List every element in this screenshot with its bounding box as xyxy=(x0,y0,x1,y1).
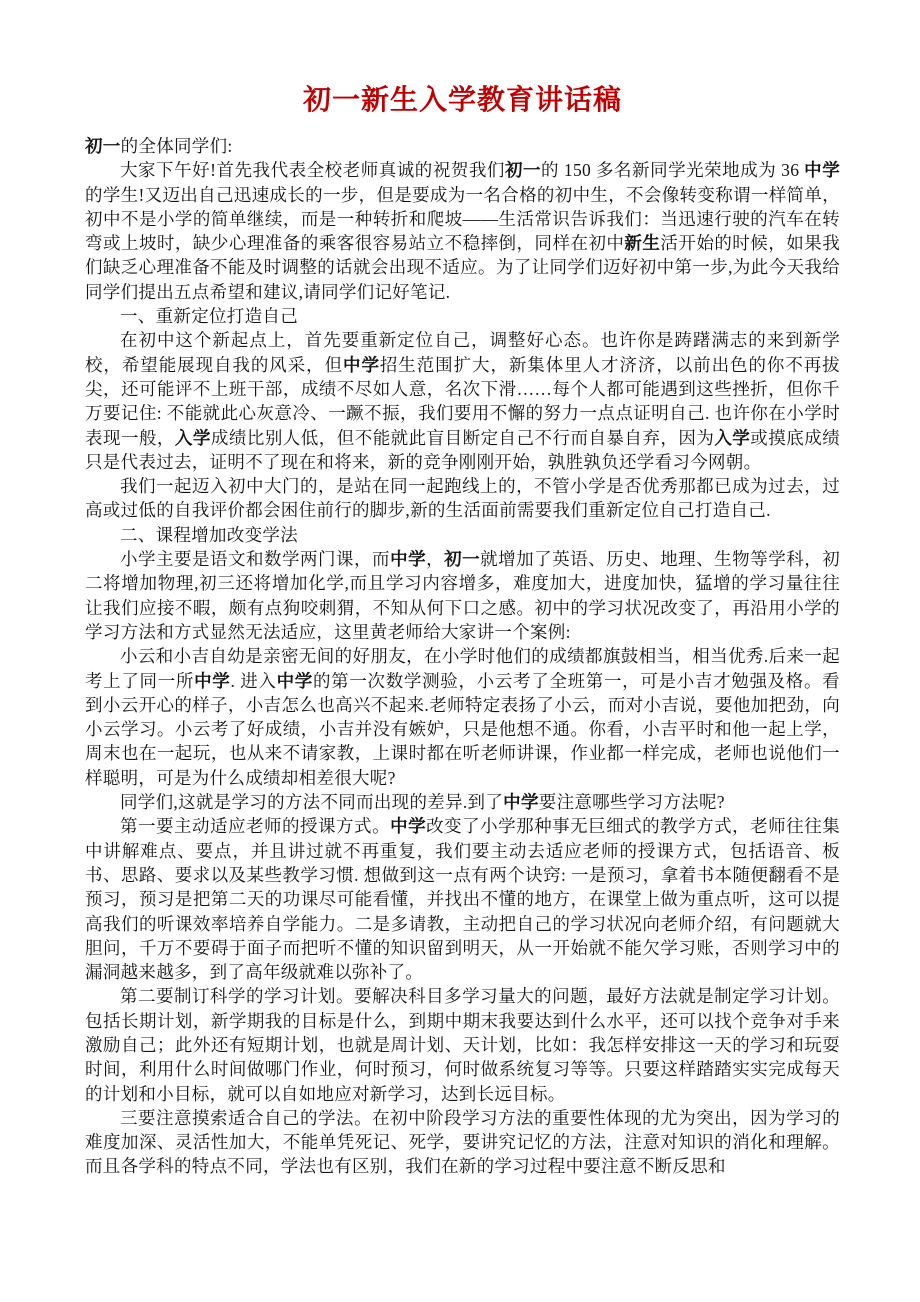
text-run: 要注意哪些学习方法呢? xyxy=(539,792,725,812)
text-run: 第一要主动适应老师的授课方式。 xyxy=(120,816,390,836)
heading-section-1: 一、重新定位打造自己 xyxy=(85,304,840,328)
text-run: 二、课程增加改变学法 xyxy=(120,525,298,545)
text-run: 第二要制订科学的学习计划。要解决科目多学习量大的问题，最好方法就是制定学习计划。… xyxy=(85,986,840,1103)
bold-text-run: 初一 xyxy=(85,136,121,156)
bold-text-run: 中学 xyxy=(194,671,230,691)
bold-text-run: 入学 xyxy=(714,428,750,448)
bold-text-run: 中学 xyxy=(343,355,380,375)
paragraph-intro: 大家下午好!首先我代表全校老师真诚的祝贺我们初一的 150 多名新同学光荣地成为… xyxy=(85,158,840,304)
bold-text-run: 初一 xyxy=(444,549,480,569)
paragraph-section-1a: 在初中这个新起点上，首先要重新定位自己，调整好心态。也许你是踌躇满志的来到新学校… xyxy=(85,328,840,474)
paragraph-section-2a: 小学主要是语文和数学两门课，而中学，初一就增加了英语、历史、地理、生物等学科，初… xyxy=(85,547,840,644)
text-run: 同学们,这就是学习的方法不同而出现的差异.到了 xyxy=(120,792,503,812)
paragraph-case-story: 小云和小吉自幼是亲密无间的好朋友，在小学时他们的成绩都旗鼓相当，相当优秀.后来一… xyxy=(85,644,840,790)
text-run: 一、重新定位打造自己 xyxy=(120,306,298,326)
page-title: 初一新生入学教育讲话稿 xyxy=(85,84,840,118)
text-run: 三要注意摸索适合自己的学法。在初中阶段学习方法的重要性体现的尤为突出，因为学习的… xyxy=(85,1108,840,1177)
text-run: 小学主要是语文和数学两门课，而 xyxy=(120,549,390,569)
bold-text-run: 新生 xyxy=(624,233,660,253)
salutation: 初一的全体同学们: xyxy=(85,134,840,158)
document-body: 初一的全体同学们:大家下午好!首先我代表全校老师真诚的祝贺我们初一的 150 多… xyxy=(85,134,840,1179)
text-run: ， xyxy=(426,549,444,569)
bold-text-run: 中学 xyxy=(390,549,426,569)
paragraph-point-1: 第一要主动适应老师的授课方式。中学改变了小学那种事无巨细式的教学方式，老师往往集… xyxy=(85,814,840,984)
heading-section-2: 二、课程增加改变学法 xyxy=(85,523,840,547)
paragraph-transition: 同学们,这就是学习的方法不同而出现的差异.到了中学要注意哪些学习方法呢? xyxy=(85,790,840,814)
document-page: 初一新生入学教育讲话稿 初一的全体同学们:大家下午好!首先我代表全校老师真诚的祝… xyxy=(0,0,920,1302)
text-run: 大家下午好!首先我代表全校老师真诚的祝贺我们 xyxy=(120,160,505,180)
text-run: . 进入 xyxy=(231,671,277,691)
text-run: 改变了小学那种事无巨细式的教学方式，老师往往集中讲解难点、要点，并且讲过就不再重… xyxy=(85,816,840,982)
bold-text-run: 入学 xyxy=(175,428,211,448)
bold-text-run: 初一 xyxy=(505,160,541,180)
paragraph-point-3: 三要注意摸索适合自己的学法。在初中阶段学习方法的重要性体现的尤为突出，因为学习的… xyxy=(85,1106,840,1179)
bold-text-run: 中学 xyxy=(390,816,426,836)
paragraph-point-2: 第二要制订科学的学习计划。要解决科目多学习量大的问题，最好方法就是制定学习计划。… xyxy=(85,984,840,1105)
bold-text-run: 中学 xyxy=(503,792,539,812)
text-run: 成绩比别人低，但不能就此盲目断定自己不行而自暴自弃，因为 xyxy=(211,428,714,448)
text-run: 我们一起迈入初中大门的，是站在同一起跑线上的，不管小学是否优秀那都已成为过去，过… xyxy=(85,476,840,520)
bold-text-run: 中学 xyxy=(277,671,313,691)
bold-text-run: 中学 xyxy=(804,160,840,180)
paragraph-section-1b: 我们一起迈入初中大门的，是站在同一起跑线上的，不管小学是否优秀那都已成为过去，过… xyxy=(85,474,840,523)
text-run: 的全体同学们: xyxy=(121,136,233,156)
text-run: 的 150 多名新同学光荣地成为 36 xyxy=(541,160,804,180)
